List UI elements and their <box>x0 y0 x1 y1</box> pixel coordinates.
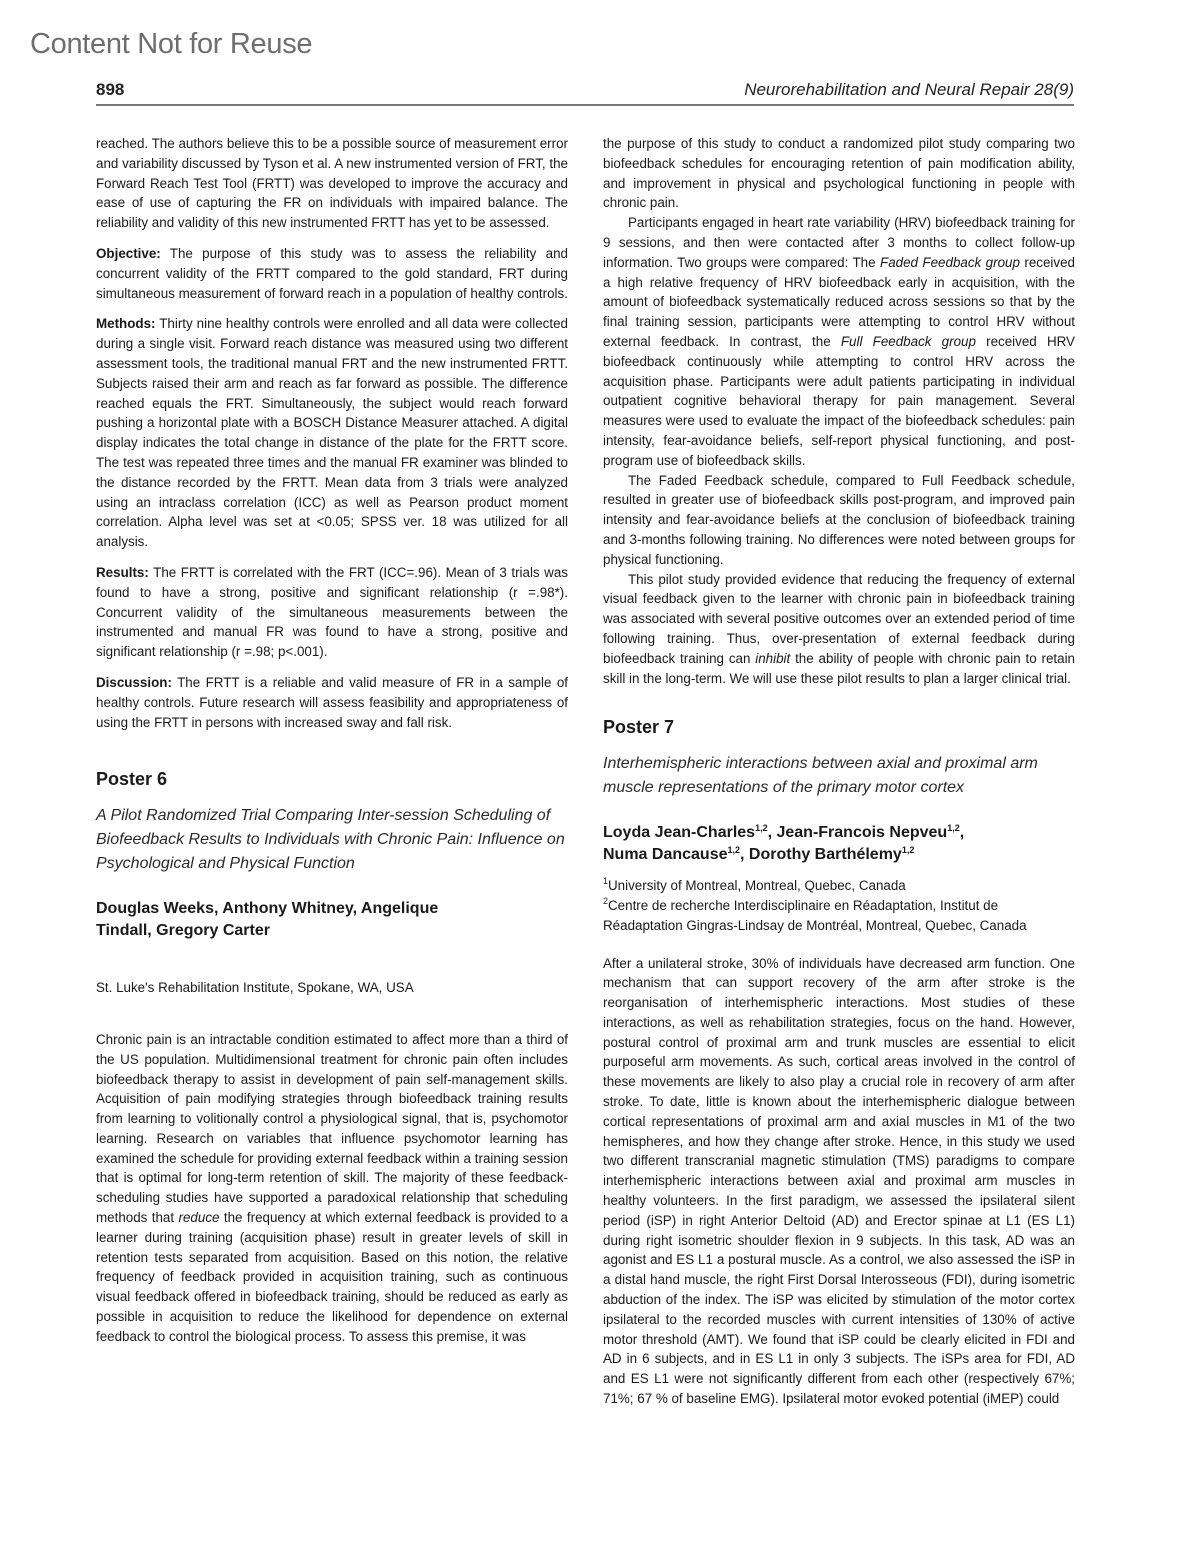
intro-continued: reached. The authors believe this to be … <box>96 134 568 233</box>
poster-7-title: Interhemispheric interactions between ax… <box>603 752 1075 800</box>
emphasis: Faded Feedback group <box>880 255 1020 270</box>
running-header: 898 Neurorehabilitation and Neural Repai… <box>96 78 1074 106</box>
poster-6-authors: Douglas Weeks, Anthony Whitney, Angeliqu… <box>96 898 568 942</box>
emphasis: reduce <box>179 1210 220 1225</box>
poster-7-body: After a unilateral stroke, 30% of indivi… <box>603 954 1075 1409</box>
discussion-label: Discussion: <box>96 675 172 690</box>
objective-text: The purpose of this study was to assess … <box>96 246 568 301</box>
discussion-section: Discussion: The FRTT is a reliable and v… <box>96 673 568 732</box>
header-rule <box>96 104 1074 106</box>
author: Dorothy Barthélemy1,2 <box>749 846 914 863</box>
poster-6-continued-p3: The Faded Feedback schedule, compared to… <box>603 471 1075 570</box>
results-section: Results: The FRTT is correlated with the… <box>96 563 568 662</box>
objective-section: Objective: The purpose of this study was… <box>96 244 568 303</box>
right-column: the purpose of this study to conduct a r… <box>603 134 1075 1409</box>
page-number: 898 <box>96 80 124 100</box>
methods-section: Methods: Thirty nine healthy controls we… <box>96 314 568 552</box>
poster-6-body: Chronic pain is an intractable condition… <box>96 1030 568 1347</box>
poster-6-title: A Pilot Randomized Trial Comparing Inter… <box>96 804 568 876</box>
author: Numa Dancause1,2, <box>603 846 749 863</box>
left-column: reached. The authors believe this to be … <box>96 134 568 1347</box>
results-label: Results: <box>96 565 149 580</box>
poster-6-continued-p2: Participants engaged in heart rate varia… <box>603 213 1075 470</box>
methods-text: Thirty nine healthy controls were enroll… <box>96 316 568 549</box>
body-text: received HRV biofeedback continuously wh… <box>603 334 1075 468</box>
watermark: Content Not for Reuse <box>30 28 312 61</box>
poster-6-continued-p4: This pilot study provided evidence that … <box>603 570 1075 689</box>
poster-7-authors: Loyda Jean-Charles1,2, Jean-Francois Nep… <box>603 822 1075 866</box>
objective-label: Objective: <box>96 246 161 261</box>
poster-6-heading: Poster 6 <box>96 770 568 790</box>
body-text: Chronic pain is an intractable condition… <box>96 1032 568 1225</box>
poster-7-affiliation-2: 2Centre de recherche Interdisciplinaire … <box>603 896 1075 936</box>
author: Jean-Francois Nepveu1,2, <box>776 824 964 841</box>
journal-title: Neurorehabilitation and Neural Repair 28… <box>744 80 1074 100</box>
methods-label: Methods: <box>96 316 156 331</box>
authors-line-2: Tindall, Gregory Carter <box>96 922 270 939</box>
poster-7-heading: Poster 7 <box>603 718 1075 738</box>
body-text: the frequency at which external feedback… <box>96 1210 568 1344</box>
authors-line-1: Douglas Weeks, Anthony Whitney, Angeliqu… <box>96 900 438 917</box>
results-text: The FRTT is correlated with the FRT (ICC… <box>96 565 568 659</box>
poster-7-affiliation-1: 1University of Montreal, Montreal, Quebe… <box>603 876 1075 896</box>
poster-6-continued-p1: the purpose of this study to conduct a r… <box>603 134 1075 213</box>
author: Loyda Jean-Charles1,2, <box>603 824 776 841</box>
poster-6-affiliation: St. Luke's Rehabilitation Institute, Spo… <box>96 978 568 998</box>
emphasis: Full Feedback group <box>841 334 976 349</box>
emphasis: inhibit <box>755 651 790 666</box>
